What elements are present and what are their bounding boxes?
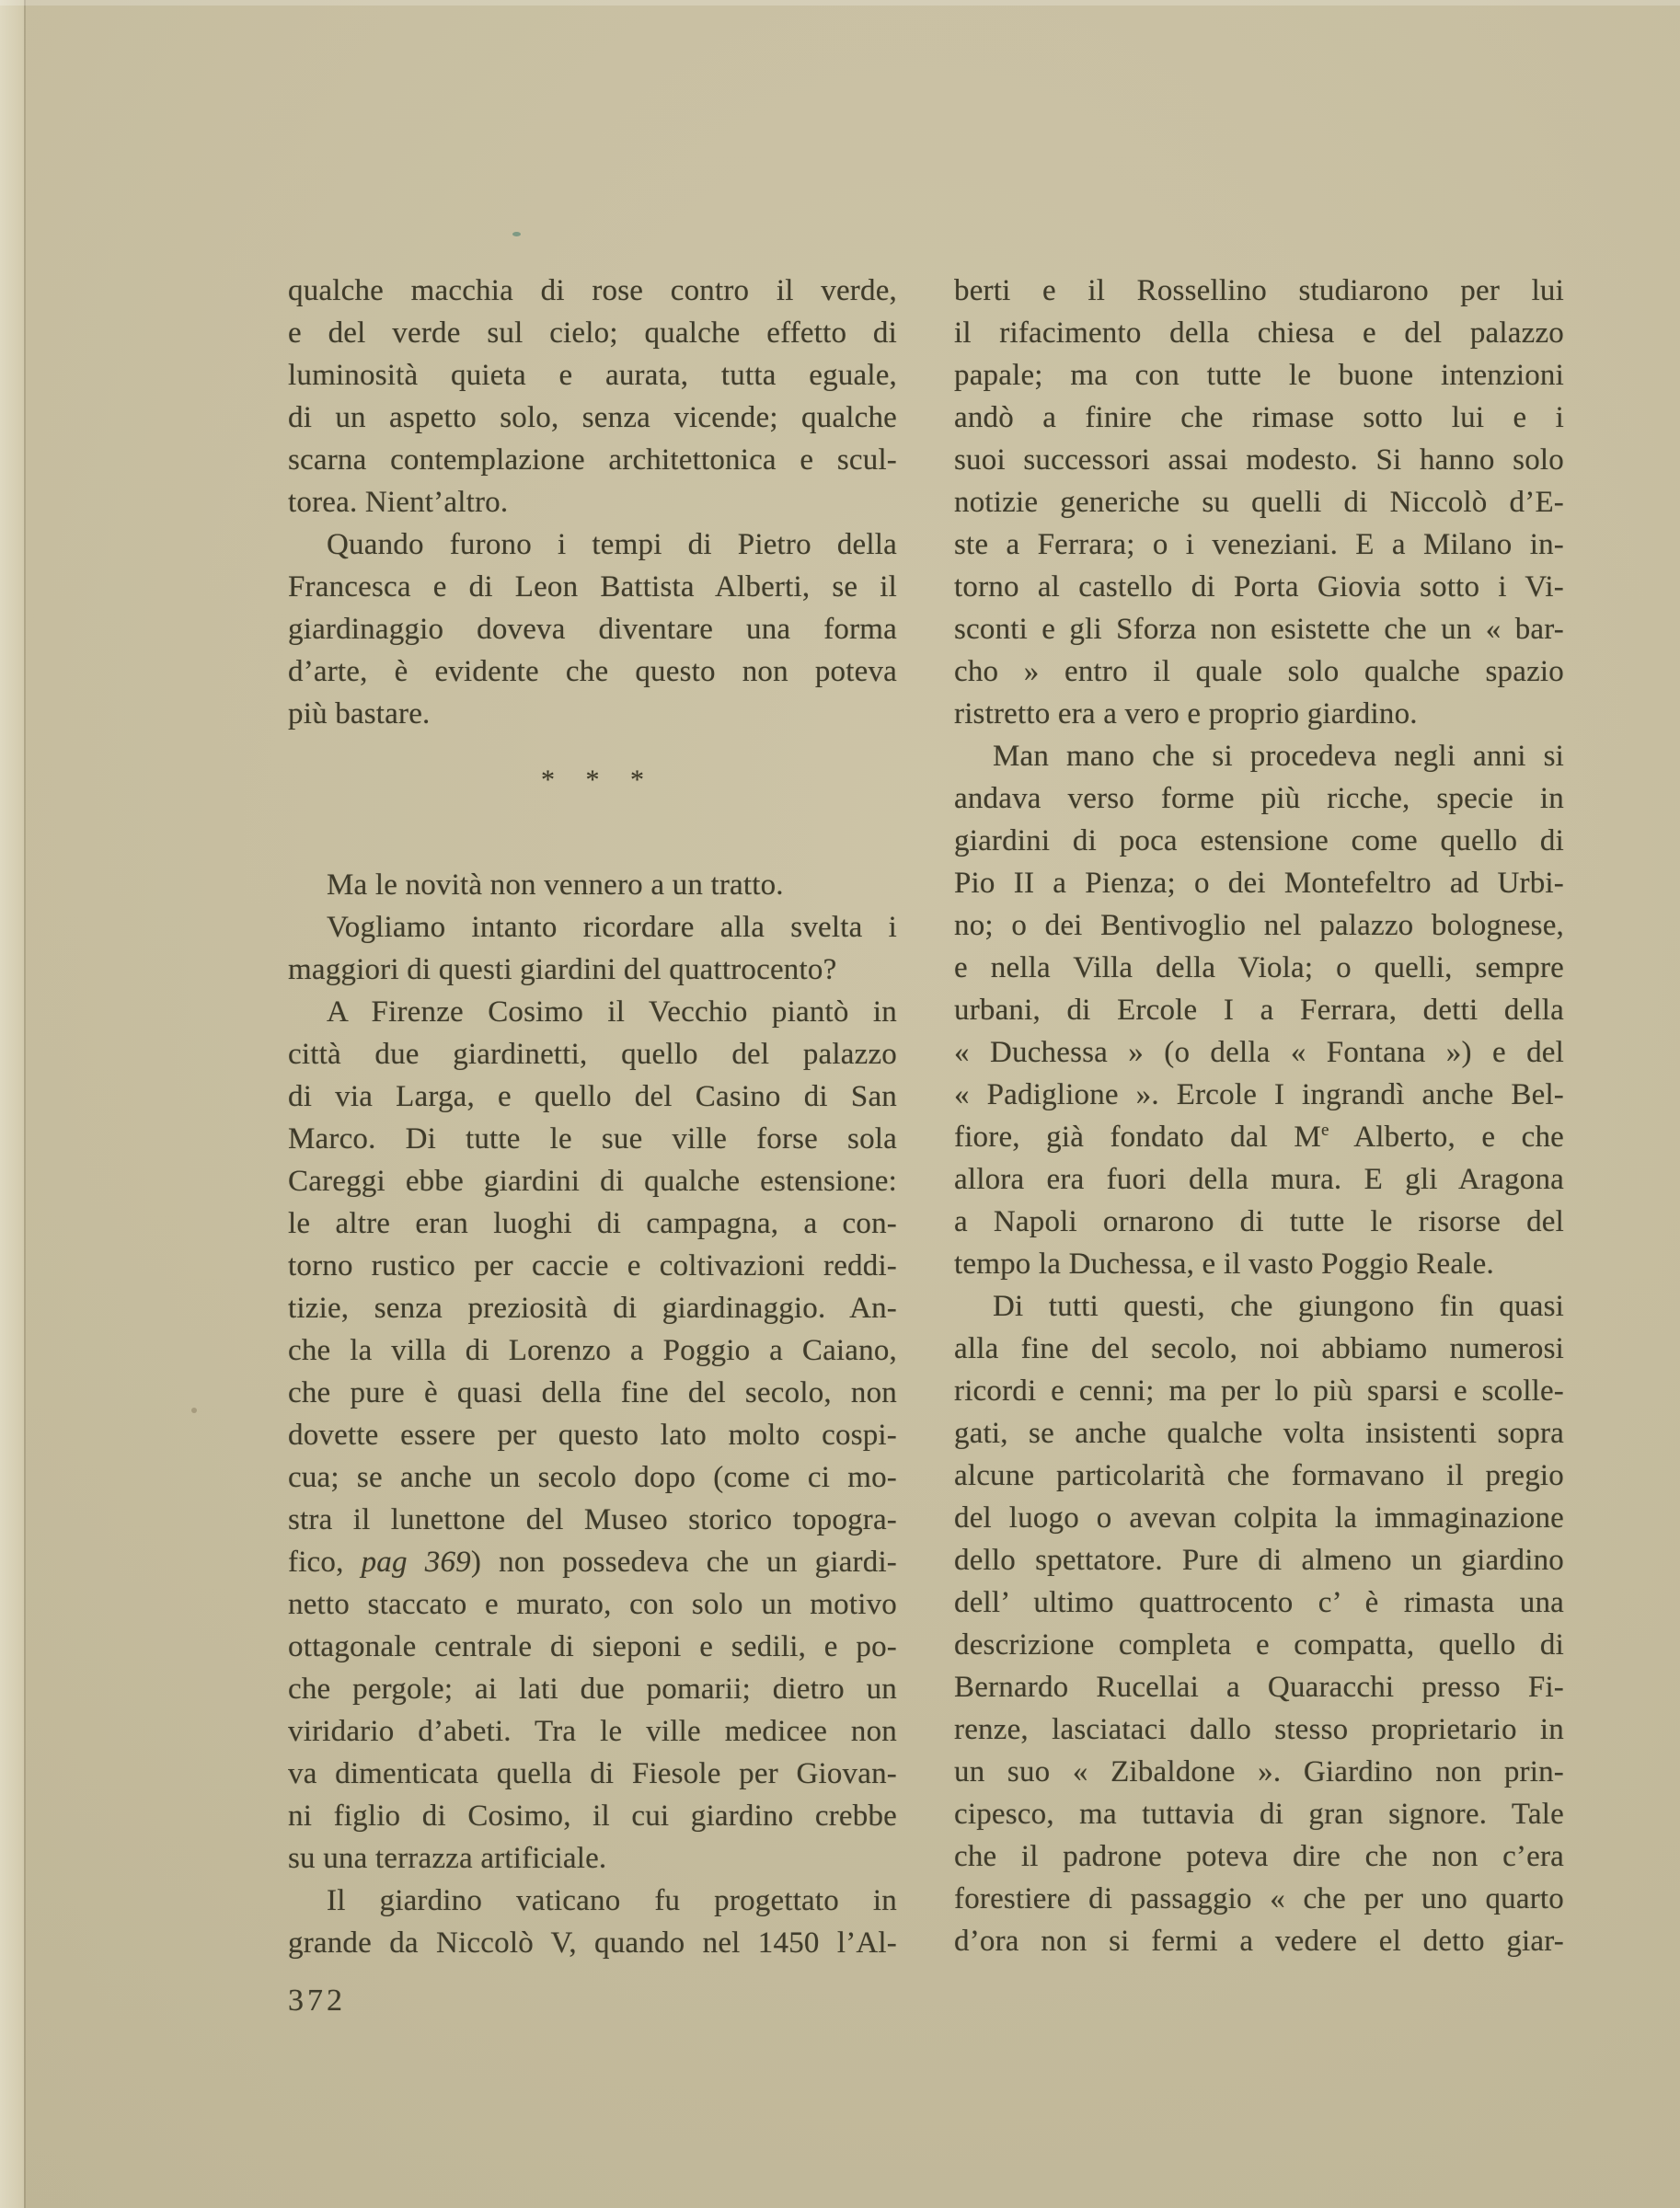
text-line: a Napoli ornarono di tutte le risorse de…: [954, 1201, 1564, 1243]
text-line: notizie generiche su quelli di Niccolò d…: [954, 481, 1564, 523]
text-line: dello spettatore. Pure di almeno un giar…: [954, 1539, 1564, 1581]
text-line: d’arte, è evidente che questo non poteva: [288, 650, 897, 693]
text-line: grande da Niccolò V, quando nel 1450 l’A…: [288, 1922, 897, 1964]
text-line: andava verso forme più ricche, specie in: [954, 777, 1564, 820]
text-line: tizie, senza preziosità di giardinaggio.…: [288, 1287, 897, 1329]
text-line: andò a finire che rimase sotto lui e i: [954, 397, 1564, 439]
text-line: netto staccato e murato, con solo un mot…: [288, 1583, 897, 1626]
text-line: allora era fuori della mura. E gli Arago…: [954, 1158, 1564, 1201]
text-line: le altre eran luoghi di campagna, a con-: [288, 1202, 897, 1245]
text-line: giardini di poca estensione come quello …: [954, 820, 1564, 862]
text-line: cua; se anche un secolo dopo (come ci mo…: [288, 1456, 897, 1499]
text-column-left: qualche macchia di rose contro il verde,…: [288, 270, 897, 1964]
text-line: tempo la Duchessa, e il vasto Poggio Rea…: [954, 1243, 1564, 1285]
text-line: forestiere di passaggio « che per uno qu…: [954, 1878, 1564, 1920]
text-line: Man mano che si procedeva negli anni si: [954, 735, 1564, 777]
section-separator-asterisks: * * *: [288, 735, 897, 864]
text-line: ni figlio di Cosimo, il cui giardino cre…: [288, 1795, 897, 1837]
text-line: fico, pag 369) non possedeva che un giar…: [288, 1541, 897, 1583]
text-line: ricordi e cenni; ma per lo più sparsi e …: [954, 1370, 1564, 1412]
text-line: dovette essere per questo lato molto cos…: [288, 1414, 897, 1456]
text-line: alla fine del secolo, noi abbiamo numero…: [954, 1328, 1564, 1370]
text-line: Marco. Di tutte le sue ville forse sola: [288, 1118, 897, 1160]
text-line: Il giardino vaticano fu progettato in: [288, 1880, 897, 1922]
text-line: di un aspetto solo, senza vicende; qualc…: [288, 397, 897, 439]
text-line: no; o dei Bentivoglio nel palazzo bologn…: [954, 904, 1564, 947]
text-line: un suo « Zibaldone ». Giardino non prin-: [954, 1751, 1564, 1793]
text-line: fiore, già fondato dal Me Alberto, e che: [954, 1116, 1564, 1158]
text-line: dell’ ultimo quattrocento c’ è rimasta u…: [954, 1581, 1564, 1624]
paper-speck: [191, 1408, 197, 1413]
text-line: alcune particolarità che formavano il pr…: [954, 1455, 1564, 1497]
text-line: del luogo o avevan colpita la immaginazi…: [954, 1497, 1564, 1539]
text-line: ristretto era a vero e proprio giardino.: [954, 693, 1564, 735]
text-line: ste a Ferrara; o i veneziani. E a Milano…: [954, 523, 1564, 566]
text-line: Vogliamo intanto ricordare alla svelta i: [288, 906, 897, 949]
text-line: cho » entro il quale solo qualche spazio: [954, 650, 1564, 693]
text-line: scarna contemplazione architettonica e s…: [288, 439, 897, 481]
text-line: su una terrazza artificiale.: [288, 1837, 897, 1880]
text-line: Di tutti questi, che giungono fin quasi: [954, 1285, 1564, 1328]
text-line: d’ora non si fermi a vedere el detto gia…: [954, 1920, 1564, 1962]
text-line: renze, lasciataci dallo stesso proprieta…: [954, 1708, 1564, 1751]
page-number: 372: [288, 1984, 346, 2018]
text-line: descrizione completa e compatta, quello …: [954, 1624, 1564, 1666]
text-line: ottagonale centrale di sieponi e sedili,…: [288, 1626, 897, 1668]
page-top-edge: [0, 0, 1680, 6]
text-line: stra il lunettone del Museo storico topo…: [288, 1499, 897, 1541]
text-line: che il padrone poteva dire che non c’era: [954, 1835, 1564, 1878]
text-line: città due giardinetti, quello del palazz…: [288, 1033, 897, 1075]
text-line: suoi successori assai modesto. Si hanno …: [954, 439, 1564, 481]
text-line: « Duchessa » (o della « Fontana ») e del: [954, 1031, 1564, 1074]
text-line: il rifacimento della chiesa e del palazz…: [954, 312, 1564, 354]
text-line: va dimenticata quella di Fiesole per Gio…: [288, 1753, 897, 1795]
text-line: gati, se anche qualche volta insistenti …: [954, 1412, 1564, 1455]
text-line: di via Larga, e quello del Casino di San: [288, 1075, 897, 1118]
text-line: più bastare.: [288, 693, 897, 735]
text-line: e nella Villa della Viola; o quelli, sem…: [954, 947, 1564, 989]
text-line: che pure è quasi della fine del secolo, …: [288, 1372, 897, 1414]
text-line: cipesco, ma tuttavia di gran signore. Ta…: [954, 1793, 1564, 1835]
text-line: torno rustico per caccie e coltivazioni …: [288, 1245, 897, 1287]
text-line: maggiori di questi giardini del quattroc…: [288, 949, 897, 991]
text-line: Quando furono i tempi di Pietro della: [288, 523, 897, 566]
text-line: sconti e gli Sforza non esistette che un…: [954, 608, 1564, 650]
text-line: Bernardo Rucellai a Quaracchi presso Fi-: [954, 1666, 1564, 1708]
text-line: Francesca e di Leon Battista Alberti, se…: [288, 566, 897, 608]
text-line: Careggi ebbe giardini di qualche estensi…: [288, 1160, 897, 1202]
text-line: torea. Nient’altro.: [288, 481, 897, 523]
book-page-scan: qualche macchia di rose contro il verde,…: [0, 0, 1680, 2208]
text-line: viridario d’abeti. Tra le ville medicee …: [288, 1710, 897, 1753]
text-line: berti e il Rossellino studiarono per lui: [954, 270, 1564, 312]
text-line: e del verde sul cielo; qualche effetto d…: [288, 312, 897, 354]
text-line: Pio II a Pienza; o dei Montefeltro ad Ur…: [954, 862, 1564, 904]
text-line: torno al castello di Porta Giovia sotto …: [954, 566, 1564, 608]
text-line: A Firenze Cosimo il Vecchio piantò in: [288, 991, 897, 1033]
page-edge-strip: [0, 0, 24, 2208]
text-line: « Padiglione ». Ercole I ingrandì anche …: [954, 1074, 1564, 1116]
text-column-right: berti e il Rossellino studiarono per lui…: [954, 270, 1564, 1962]
text-line: che la villa di Lorenzo a Poggio a Caian…: [288, 1329, 897, 1372]
text-line: luminosità quieta e aurata, tutta eguale…: [288, 354, 897, 397]
text-line: urbani, di Ercole I a Ferrara, detti del…: [954, 989, 1564, 1031]
text-line: qualche macchia di rose contro il verde,: [288, 270, 897, 312]
page-fold-line: [24, 0, 26, 2208]
text-line: giardinaggio doveva diventare una forma: [288, 608, 897, 650]
text-line: Ma le novità non vennero a un tratto.: [288, 864, 897, 906]
text-line: papale; ma con tutte le buone intenzioni: [954, 354, 1564, 397]
paper-speck: [512, 232, 521, 236]
text-line: che pergole; ai lati due pomarii; dietro…: [288, 1668, 897, 1710]
